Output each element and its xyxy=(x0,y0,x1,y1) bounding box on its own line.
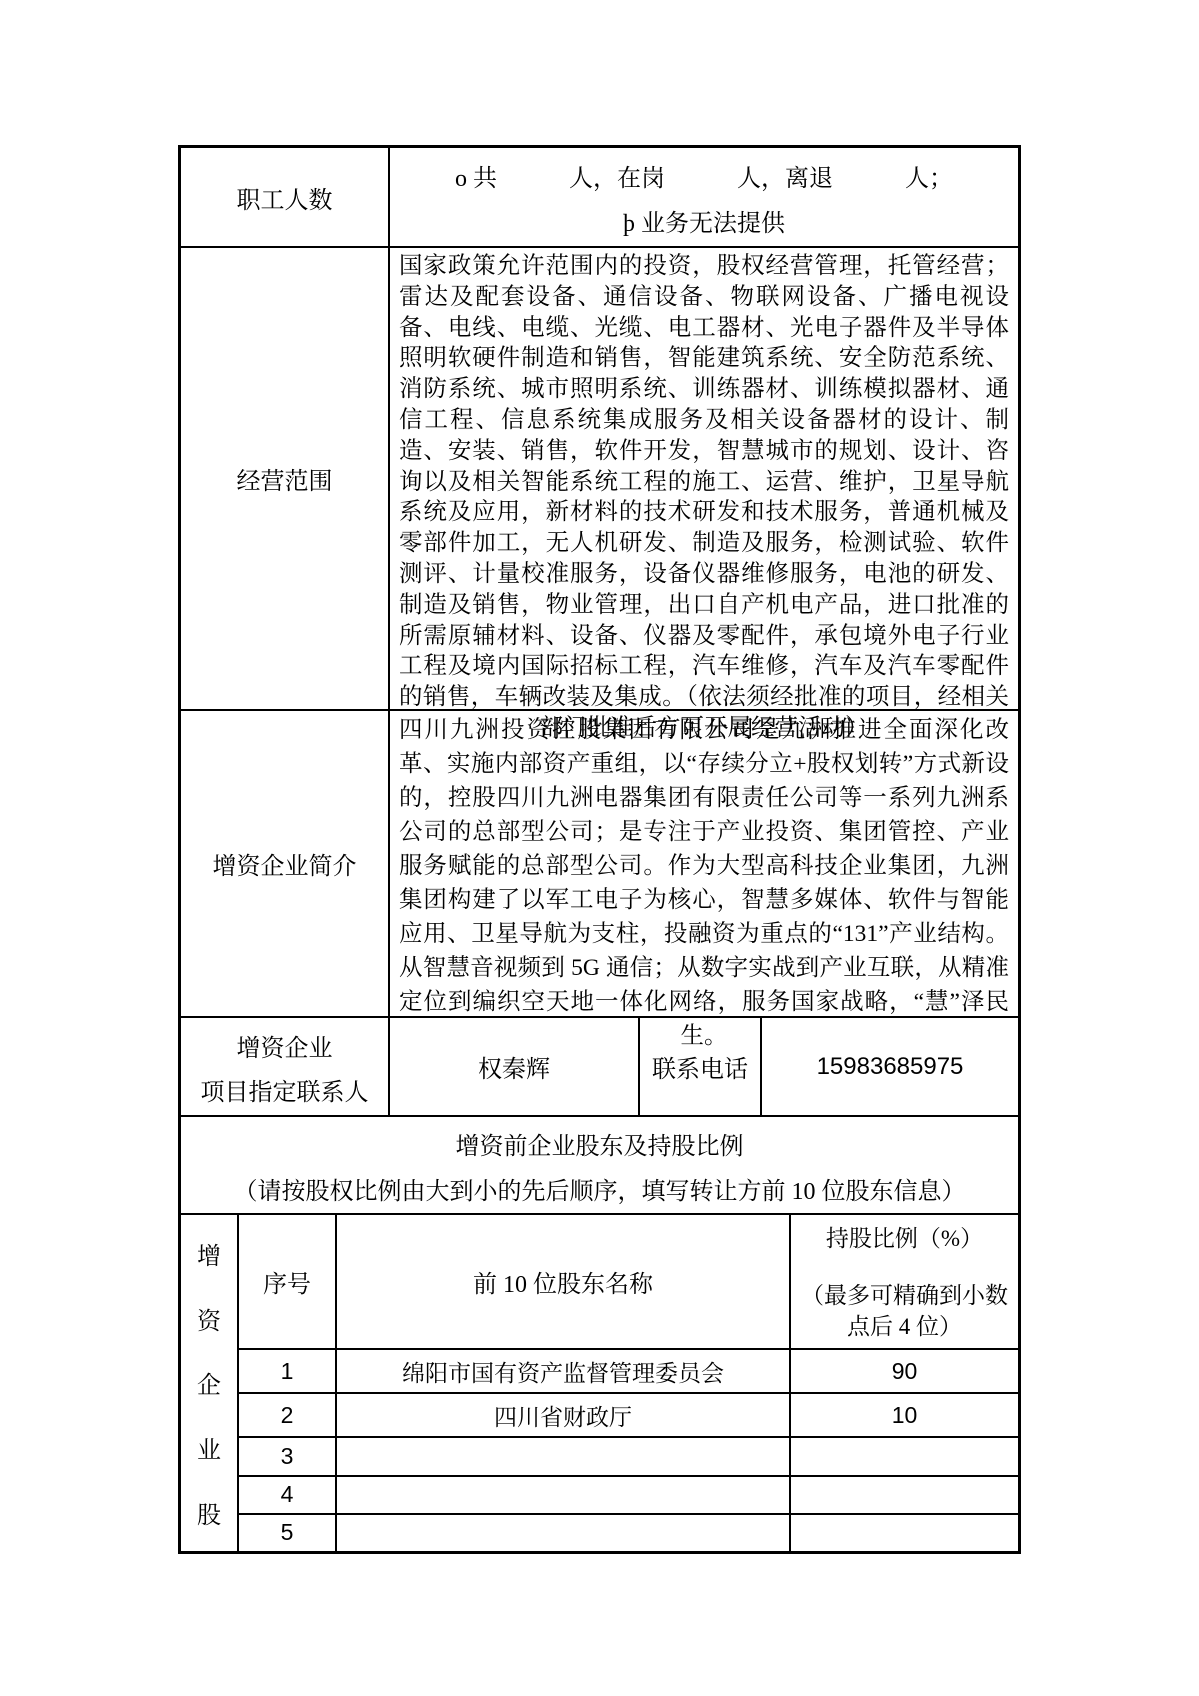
row-index: 3 xyxy=(239,1438,337,1474)
header-index: 序号 xyxy=(239,1215,337,1348)
row-shareholder-name: 绵阳市国有资产监督管理委员会 xyxy=(337,1350,791,1392)
table-row: 2 四川省财政厅 10 xyxy=(239,1394,1018,1438)
row-shareholder-name xyxy=(337,1477,791,1513)
contact-label-line2: 项目指定联系人 xyxy=(201,1072,369,1107)
row-ratio xyxy=(791,1477,1018,1513)
table-row: 3 xyxy=(239,1438,1018,1476)
row-business-scope: 经营范围 国家政策允许范围内的投资，股权经营管理，托管经营；雷达及配套设备、通信… xyxy=(181,246,1018,709)
business-scope-label: 经营范围 xyxy=(181,248,390,709)
side-label-char: 业 xyxy=(197,1430,221,1465)
header-ratio: 持股比例（%） （最多可精确到小数点后 4 位） xyxy=(791,1215,1018,1348)
form-table: 职工人数 o 共 人，在岗 人，离退 人； þ 业务无法提供 经营范围 国家政策… xyxy=(178,145,1021,1554)
staff-count-option-unchecked: o 共 人，在岗 人，离退 人； xyxy=(455,158,953,193)
header-ratio-line2: （最多可精确到小数点后 4 位） xyxy=(797,1280,1012,1342)
row-ratio: 90 xyxy=(791,1350,1018,1392)
row-shareholders-heading: 增资前企业股东及持股比例 （请按股权比例由大到小的先后顺序，填写转让方前 10 … xyxy=(181,1115,1018,1213)
row-shareholders-table: 增 资 企 业 股 序号 前 10 位股东名称 持股比例（%） （最多可精确到小… xyxy=(181,1213,1018,1551)
contact-name-value: 权秦辉 xyxy=(390,1018,640,1115)
document-page: 职工人数 o 共 人，在岗 人，离退 人； þ 业务无法提供 经营范围 国家政策… xyxy=(0,0,1199,1696)
contact-phone-value: 15983685975 xyxy=(762,1018,1018,1115)
row-staff-count: 职工人数 o 共 人，在岗 人，离退 人； þ 业务无法提供 xyxy=(181,148,1018,246)
table-row: 5 xyxy=(239,1515,1018,1551)
side-label-char: 资 xyxy=(197,1301,221,1336)
row-shareholder-name xyxy=(337,1438,791,1474)
row-ratio xyxy=(791,1515,1018,1551)
contact-label-line1: 增资企业 xyxy=(237,1028,333,1063)
staff-count-label: 职工人数 xyxy=(181,148,390,246)
shareholders-heading-title: 增资前企业股东及持股比例 xyxy=(456,1126,744,1161)
row-shareholder-name: 四川省财政厅 xyxy=(337,1394,791,1436)
row-shareholder-name xyxy=(337,1515,791,1551)
side-label-char: 企 xyxy=(197,1365,221,1400)
row-ratio: 10 xyxy=(791,1394,1018,1436)
row-contact: 增资企业 项目指定联系人 权秦辉 联系电话 15983685975 xyxy=(181,1016,1018,1115)
shareholders-heading: 增资前企业股东及持股比例 （请按股权比例由大到小的先后顺序，填写转让方前 10 … xyxy=(181,1117,1018,1213)
table-row: 1 绵阳市国有资产监督管理委员会 90 xyxy=(239,1350,1018,1394)
company-profile-text: 四川九洲投资控股集团有限公司是九洲推进全面深化改革、实施内部资产重组，以“存续分… xyxy=(390,711,1018,1016)
table-row: 4 xyxy=(239,1477,1018,1515)
shareholders-table-header: 序号 前 10 位股东名称 持股比例（%） （最多可精确到小数点后 4 位） xyxy=(239,1215,1018,1350)
row-index: 4 xyxy=(239,1477,337,1513)
header-shareholder-name: 前 10 位股东名称 xyxy=(337,1215,791,1348)
business-scope-text: 国家政策允许范围内的投资，股权经营管理，托管经营；雷达及配套设备、通信设备、物联… xyxy=(390,248,1018,709)
row-index: 5 xyxy=(239,1515,337,1551)
company-profile-label: 增资企业简介 xyxy=(181,711,390,1016)
side-label-char: 股 xyxy=(197,1495,221,1530)
row-index: 2 xyxy=(239,1394,337,1436)
row-index: 1 xyxy=(239,1350,337,1392)
contact-phone-label: 联系电话 xyxy=(640,1018,762,1115)
shareholders-table: 序号 前 10 位股东名称 持股比例（%） （最多可精确到小数点后 4 位） 1… xyxy=(239,1215,1018,1551)
row-company-profile: 增资企业简介 四川九洲投资控股集团有限公司是九洲推进全面深化改革、实施内部资产重… xyxy=(181,709,1018,1016)
contact-label: 增资企业 项目指定联系人 xyxy=(181,1018,390,1115)
header-ratio-line1: 持股比例（%） xyxy=(826,1223,983,1254)
shareholders-heading-subtitle: （请按股权比例由大到小的先后顺序，填写转让方前 10 位股东信息） xyxy=(234,1171,966,1206)
staff-count-content: o 共 人，在岗 人，离退 人； þ 业务无法提供 xyxy=(390,148,1018,246)
vertical-side-label: 增 资 企 业 股 xyxy=(181,1215,239,1551)
side-label-char: 增 xyxy=(197,1236,221,1271)
row-ratio xyxy=(791,1438,1018,1474)
staff-count-option-checked: þ 业务无法提供 xyxy=(623,203,785,238)
